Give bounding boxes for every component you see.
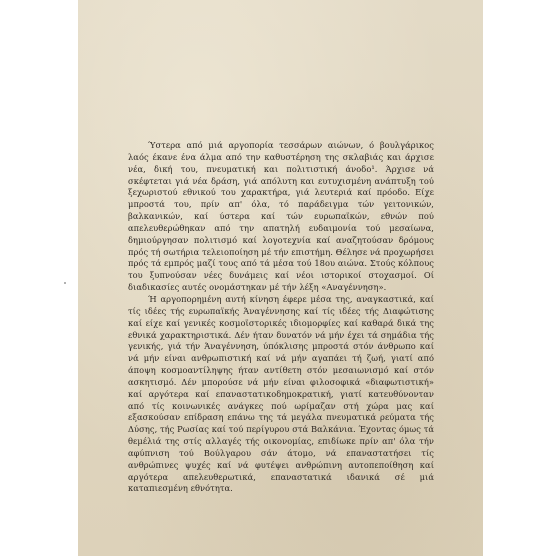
- paragraph-1: Ύστερα από μιά αργοπορία τεσσάρων αιώνων…: [128, 140, 434, 294]
- body-text: Ύστερα από μιά αργοπορία τεσσάρων αιώνων…: [128, 140, 434, 495]
- scanned-page: Ύστερα από μιά αργοπορία τεσσάρων αιώνων…: [78, 0, 483, 556]
- paragraph-2: Ή αργοπορημένη αυτή κίνηση έφερε μέσα τη…: [128, 294, 434, 495]
- page-speck: [64, 282, 66, 284]
